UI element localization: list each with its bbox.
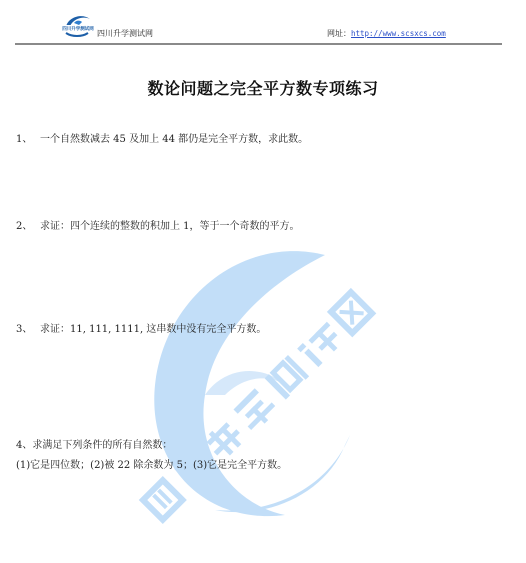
site-url-link[interactable]: http://www.scsxcs.com (351, 29, 446, 38)
question-number: 1、 (16, 130, 40, 145)
site-logo-icon: 四川升学测试网 (60, 13, 96, 37)
question-text: 求证：四个连续的整数的积加上 1，等于一个奇数的平方。 (40, 221, 300, 232)
watermark-globe-icon (95, 215, 435, 545)
page-title: 数论问题之完全平方数专项练习 (0, 76, 526, 99)
logo-text: 四川升学测试网 (62, 25, 94, 32)
question-4: 4、求满足下列条件的所有自然数： (16, 436, 172, 451)
question-4-conditions: (1)它是四位数；(2)被 22 除余数为 5；(3)它是完全平方数。 (16, 456, 287, 471)
question-number: 2、 (16, 217, 40, 232)
site-url-line: 网址：http://www.scsxcs.com (327, 28, 446, 39)
question-number: 4、 (16, 440, 32, 451)
site-name: 四川升学测试网 (97, 28, 153, 39)
question-text: 求证：11, 111, 1111, 这串数中没有完全平方数。 (40, 324, 266, 335)
url-label: 网址： (327, 29, 351, 38)
question-number: 3、 (16, 320, 40, 335)
question-2: 2、求证：四个连续的整数的积加上 1，等于一个奇数的平方。 (16, 217, 300, 232)
question-text: 一个自然数减去 45 及加上 44 都仍是完全平方数，求此数。 (40, 134, 308, 145)
question-3: 3、求证：11, 111, 1111, 这串数中没有完全平方数。 (16, 320, 266, 335)
question-text: 求满足下列条件的所有自然数： (32, 440, 172, 451)
page-header: 四川升学测试网 四川升学测试网 网址：http://www.scsxcs.com (15, 0, 502, 45)
question-1: 1、一个自然数减去 45 及加上 44 都仍是完全平方数，求此数。 (16, 130, 308, 145)
